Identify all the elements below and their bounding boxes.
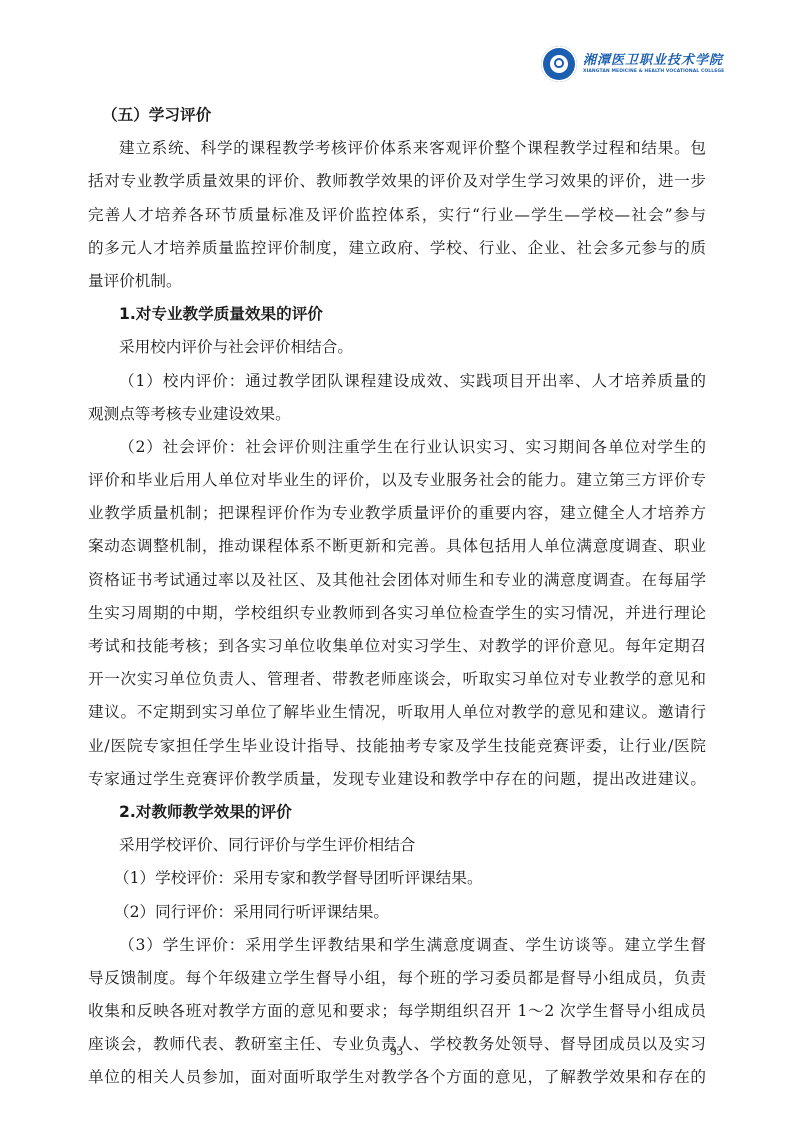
paragraph-line: 业教学质量机制；把课程评价作为专业教学质量评价的重要内容，建立健全人才培养方 xyxy=(88,497,706,530)
subsection-title-2: 2.对教师教学效果的评价 xyxy=(88,796,706,829)
paragraph-line: 开一次实习单位负责人、管理者、带教老师座谈会，听取实习单位对专业教学的意见和 xyxy=(88,663,706,696)
logo-chinese-name: 湘潭医卫职业技术学院 xyxy=(583,53,724,68)
paragraph-line: （1）学校评价：采用专家和教学督导团听评课结果。 xyxy=(88,862,706,895)
paragraph-line: 评价和毕业后用人单位对毕业生的评价，以及专业服务社会的能力。建立第三方评价专 xyxy=(88,464,706,497)
paragraph-line: （2）同行评价：采用同行听评课结果。 xyxy=(88,896,706,929)
paragraph-line: 建立系统、科学的课程教学考核评价体系来客观评价整个课程教学过程和结果。包 xyxy=(88,132,706,165)
paragraph-line: （2）社会评价：社会评价则注重学生在行业认识实习、实习期间各单位对学生的 xyxy=(88,431,706,464)
college-logo: 湘潭医卫职业技术学院 XIANGTAN MEDICINE & HEALTH VO… xyxy=(541,46,724,82)
paragraph-line: 括对专业教学质量效果的评价、教师教学效果的评价及对学生学习效果的评价，进一步 xyxy=(88,165,706,198)
page-number: 93 xyxy=(0,1043,793,1059)
paragraph-line: 建议。不定期到实习单位了解毕业生情况，听取用人单位对教学的意见和建议。邀请行 xyxy=(88,696,706,729)
section-title: （五）学习评价 xyxy=(88,99,706,132)
college-seal-icon xyxy=(541,46,577,82)
paragraph-line: 专家通过学生竞赛评价教学质量，发现专业建设和教学中存在的问题，提出改进建议。 xyxy=(88,763,706,796)
paragraph-line: 量评价机制。 xyxy=(88,265,706,298)
paragraph-line: 收集和反映各班对教学方面的意见和要求；每学期组织召开 1～2 次学生督导小组成员 xyxy=(88,995,706,1028)
paragraph-line: 的多元人才培养质量监控评价制度，建立政府、学校、行业、企业、社会多元参与的质 xyxy=(88,232,706,265)
logo-english-name: XIANGTAN MEDICINE & HEALTH VOCATIONAL CO… xyxy=(583,68,724,75)
paragraph-line: 资格证书考试通过率以及社区、及其他社会团体对师生和专业的满意度调查。在每届学 xyxy=(88,564,706,597)
paragraph-line: 采用校内评价与社会评价相结合。 xyxy=(88,331,706,364)
document-body: （五）学习评价 建立系统、科学的课程教学考核评价体系来客观评价整个课程教学过程和… xyxy=(88,99,706,1095)
paragraph-line: 考试和技能考核；到各实习单位收集单位对实习学生、对教学的评价意见。每年定期召 xyxy=(88,630,706,663)
paragraph-line: 案动态调整机制，推动课程体系不断更新和完善。具体包括用人单位满意度调查、职业 xyxy=(88,530,706,563)
paragraph-line: 完善人才培养各环节质量标准及评价监控体系，实行“行业—学生—学校—社会”参与 xyxy=(88,199,706,232)
paragraph-line: 单位的相关人员参加，面对面听取学生对教学各个方面的意见，了解教学效果和存在的 xyxy=(88,1061,706,1094)
paragraph-line: 采用学校评价、同行评价与学生评价相结合 xyxy=(88,829,706,862)
paragraph-line: （1）校内评价：通过教学团队课程建设成效、实践项目开出率、人才培养质量的 xyxy=(88,365,706,398)
paragraph-line: 业/医院专家担任学生毕业设计指导、技能抽考专家及学生技能竞赛评委，让行业/医院 xyxy=(88,730,706,763)
paragraph-line: 观测点等考核专业建设效果。 xyxy=(88,398,706,431)
subsection-title-1: 1.对专业教学质量效果的评价 xyxy=(88,298,706,331)
paragraph-line: （3）学生评价：采用学生评教结果和学生满意度调查、学生访谈等。建立学生督 xyxy=(88,929,706,962)
paragraph-line: 生实习周期的中期，学校组织专业教师到各实习单位检查学生的实习情况，并进行理论 xyxy=(88,597,706,630)
paragraph-line: 导反馈制度。每个年级建立学生督导小组，每个班的学习委员都是督导小组成员，负责 xyxy=(88,962,706,995)
